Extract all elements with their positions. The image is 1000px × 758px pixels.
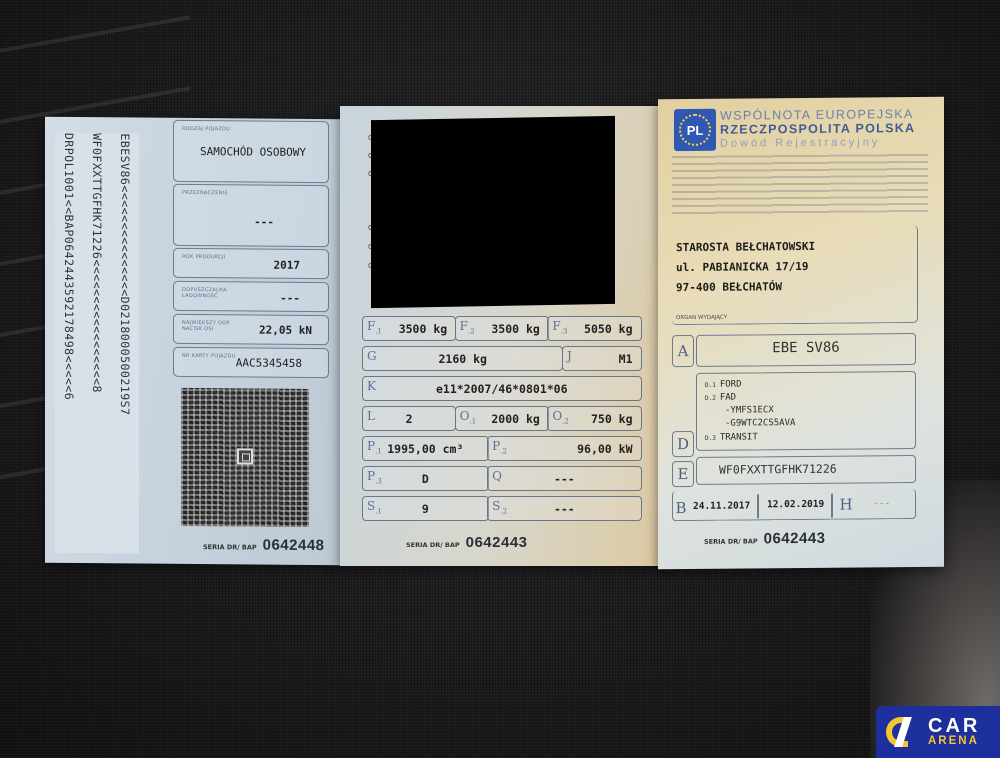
spec-code: J — [567, 349, 572, 363]
document-left-panel: DRPOL1001<<BAP0642443592178498<<<<<6 WF0… — [45, 117, 343, 566]
spec-cell-g: G2160 kg — [362, 346, 563, 371]
spec-value: M1 — [619, 352, 633, 366]
spec-cell-s2: S.2--- — [487, 496, 641, 521]
spec-code: F.2 — [460, 319, 475, 335]
field-purpose: PRZEZNACZENIE --- — [173, 184, 329, 247]
field-vehicle-card-number: NR KARTY POJAZDU AAC5345458 — [173, 347, 329, 378]
spec-value: 2160 kg — [363, 352, 562, 366]
spec-value: --- — [488, 472, 640, 486]
spec-row: S.19S.2--- — [362, 496, 640, 521]
spec-value: 1995,00 cm³ — [363, 442, 488, 456]
eu-flag-icon: PL — [674, 109, 716, 151]
registration-number-field: EBE SV86 — [696, 333, 916, 367]
field-code-h: H — [837, 494, 855, 516]
spec-value: 3500 kg — [399, 322, 447, 336]
first-registration-date: 24.11.2017 — [693, 500, 750, 511]
spec-cell-f1: F.13500 kg — [362, 316, 456, 341]
spec-value: --- — [488, 502, 640, 516]
dates-row: B 24.11.2017 12.02.2019 H --- — [672, 489, 916, 521]
spec-code: F.1 — [367, 319, 382, 335]
field-code-d: D — [672, 431, 694, 457]
spec-cell-p3: P.3D — [362, 466, 489, 491]
redacted-owner-block — [371, 116, 615, 308]
field-production-year: ROK PRODUKCJI 2017 — [173, 248, 329, 279]
spec-cell-l: L2 — [362, 406, 456, 431]
mrz-line-2: WF0FXXTTGFHK71226<<<<<<<<<<<<<<<<<8 — [90, 133, 104, 553]
car-arena-logo: CAR ARENA — [876, 706, 1000, 758]
spec-cell-p1: P.11995,00 cm³ — [362, 436, 489, 461]
mrz-line-3: EBESV86<<<<<<<<<<<<<<<D0218000500219S7 — [118, 133, 132, 553]
vin-field: WF0FXXTTGFHK71226 — [696, 455, 916, 485]
multilingual-title-lines — [672, 153, 928, 217]
divider — [757, 494, 759, 518]
spec-code: F.3 — [552, 319, 567, 335]
field-code-a: A — [672, 335, 694, 367]
spec-cell-f3: F.35050 kg — [547, 316, 641, 341]
spec-row: P.3DQ--- — [362, 466, 640, 491]
spec-cell-p2: P.296,00 kW — [487, 436, 641, 461]
field-axle-load: NAJWIĘKSZY DOP. NACISK OSI 22,05 kN — [173, 314, 329, 345]
mrz-line-1: DRPOL1001<<BAP0642443592178498<<<<<6 — [62, 133, 76, 553]
spec-value: 5050 kg — [584, 322, 632, 336]
spec-cell-j: JM1 — [562, 346, 642, 371]
spec-code: O.1 — [460, 409, 477, 425]
spec-value: 2000 kg — [491, 412, 539, 426]
spec-value: 3500 kg — [491, 322, 539, 336]
field-payload: DOPUSZCZALNA ŁADOWNOŚĆ --- — [173, 281, 329, 312]
h-value: --- — [873, 498, 890, 509]
spec-row: L2O.12000 kgO.2750 kg — [362, 406, 640, 431]
spec-cell-o2: O.2750 kg — [547, 406, 641, 431]
field-code-e: E — [672, 461, 694, 487]
divider — [831, 494, 833, 518]
spec-value: D — [363, 472, 488, 486]
spec-code: O.2 — [552, 409, 569, 425]
car-arena-logo-icon — [886, 715, 920, 749]
qr-center-mark — [237, 448, 253, 464]
spec-row: F.13500 kgF.23500 kgF.35050 kg — [362, 316, 640, 341]
spec-row: Ke11*2007/46*0801*06 — [362, 376, 640, 401]
field-code-b: B — [672, 497, 690, 519]
issuing-authority: STAROSTA BEŁCHATOWSKI ul. PABIANICKA 17/… — [672, 225, 918, 325]
spec-code: P.2 — [492, 439, 507, 455]
spec-cell-s1: S.19 — [362, 496, 489, 521]
qr-code — [181, 388, 309, 527]
spec-value: 2 — [363, 412, 455, 426]
document-right-panel: PL WSPÓLNOTA EUROPEJSKA RZECZPOSPOLITA P… — [658, 97, 944, 569]
field-vehicle-type: RODZAJ POJAZDU SAMOCHÓD OSOBOWY — [173, 120, 329, 183]
spec-cell-f2: F.23500 kg — [455, 316, 549, 341]
machine-readable-zone: DRPOL1001<<BAP0642443592178498<<<<<6 WF0… — [55, 133, 139, 554]
spec-cell-o1: O.12000 kg — [455, 406, 549, 431]
serial-middle: SERIA DR/ BAP 0642443 — [406, 534, 528, 551]
spec-value: 9 — [363, 502, 488, 516]
spec-row: P.11995,00 cm³P.296,00 kW — [362, 436, 640, 461]
spec-cell-k: Ke11*2007/46*0801*06 — [362, 376, 642, 401]
spec-value: e11*2007/46*0801*06 — [363, 382, 641, 396]
serial-right: SERIA DR/ BAP 0642443 — [704, 530, 826, 548]
spec-row: G2160 kgJM1 — [362, 346, 640, 371]
spec-value: 750 kg — [591, 412, 633, 426]
issue-date: 12.02.2019 — [767, 499, 824, 510]
make-model-field: D.1FORD D.2FAD -YMFS1ECX -G9WTC2CS5AVA D… — [696, 371, 916, 451]
spec-cell-q: Q--- — [487, 466, 641, 491]
spec-value: 96,00 kW — [577, 442, 632, 456]
serial-left: SERIA DR/ BAP 0642448 — [203, 536, 325, 554]
document-header: WSPÓLNOTA EUROPEJSKA RZECZPOSPOLITA POLS… — [720, 107, 915, 151]
document-middle-panel: C C C C C C F.13500 kgF.23500 kgF.35050 … — [340, 106, 662, 566]
